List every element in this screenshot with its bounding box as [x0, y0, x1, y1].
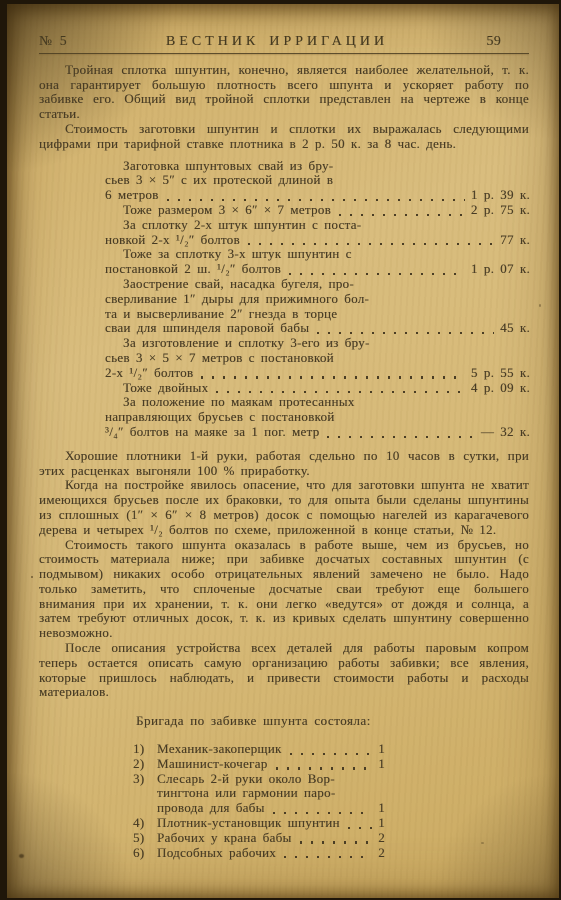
- paragraph: Стоимость заготовки шпунтин и сплотки их…: [39, 122, 529, 152]
- cost-item: Тоже размером 3 × 6″ × 7 метров2 р. 75 к…: [105, 203, 530, 218]
- paragraph: Тройная сплотка шпунтин, конечно, являет…: [39, 63, 529, 122]
- cost-price: — 32 к.: [481, 425, 530, 440]
- brigade-list: 1)Механик-закоперщик12)Машинист-кочегар1…: [133, 742, 385, 860]
- brigade-item-line: Механик-закоперщик: [157, 742, 282, 757]
- brigade-count: 1: [378, 816, 385, 831]
- cost-price: 2 р. 75 к.: [471, 203, 530, 218]
- brigade-item-number: 6): [133, 846, 157, 861]
- brigade-item-number: 4): [133, 816, 157, 831]
- brigade-item-last-line: Механик-закоперщик1: [157, 742, 385, 757]
- paragraph: После описания устройства всех деталей д…: [39, 641, 529, 700]
- dot-leader: [273, 812, 373, 814]
- cost-price: 1 р. 39 к.: [471, 188, 530, 203]
- cost-last-line: ³/₄″ болтов на маяке за 1 пог. метр— 32 …: [105, 425, 530, 440]
- cost-line: сваи для шпинделя паровой бабы: [105, 321, 309, 336]
- cost-price: 5 р. 55 к.: [471, 366, 530, 381]
- brigade-item: 5)Рабочих у крана бабы2: [133, 831, 385, 846]
- cost-last-line: 6 метров1 р. 39 к.: [105, 188, 530, 203]
- cost-line: 2-х ¹/₂″ болтов: [105, 366, 193, 381]
- brigade-item-body: Подсобных рабочих2: [157, 846, 385, 861]
- paper-speck: [19, 854, 24, 858]
- brigade-item-number: 5): [133, 831, 157, 846]
- cost-item: За изготовление и сплотку 3-его из бру-с…: [105, 336, 530, 380]
- cost-line: постановкой 2 ш. ¹/₂″ болтов: [105, 262, 281, 277]
- brigade-item-number: 2): [133, 757, 157, 772]
- brigade-count: 1: [378, 742, 385, 757]
- dot-leader: [327, 436, 474, 438]
- dot-leader: [167, 199, 465, 201]
- cost-line: За сплотку 2-х штук шпунтин с поста-: [105, 218, 530, 233]
- paragraph: Хорошие плотники 1-й руки, работая сдель…: [39, 449, 529, 479]
- article-body: Тройная сплотка шпунтин, конечно, являет…: [39, 63, 529, 861]
- brigade-item-last-line: Плотник-установщик шпунтин1: [157, 816, 385, 831]
- brigade-item-line: Плотник-установщик шпунтин: [157, 816, 340, 831]
- cost-item: Тоже за сплотку 3-х штук шпунтин спостан…: [105, 247, 530, 277]
- cost-line: новкой 2-х ¹/₂″ болтов: [105, 233, 240, 248]
- brigade-item-number: 3): [133, 772, 157, 787]
- brigade-item-line: Подсобных рабочих: [157, 846, 276, 861]
- paragraph: Стоимость такого шпунта оказалась в рабо…: [39, 538, 529, 642]
- dot-leader: [317, 332, 494, 334]
- cost-price: 77 к.: [500, 233, 530, 248]
- cost-line: сьев 3 × 5″ с их протеской длиной в: [105, 173, 530, 188]
- page-header: № 5 ВЕСТНИК ИРРИГАЦИИ 59: [39, 34, 529, 50]
- paper-speck: [539, 304, 541, 307]
- cost-line: сверливание 1″ дыры для прижимного бол-: [105, 292, 530, 307]
- scanned-page: № 5 ВЕСТНИК ИРРИГАЦИИ 59 Тройная сплотка…: [0, 0, 561, 900]
- dot-leader: [248, 243, 494, 245]
- dot-leader: [276, 767, 373, 769]
- page-content: № 5 ВЕСТНИК ИРРИГАЦИИ 59 Тройная сплотка…: [39, 34, 529, 898]
- cost-list: Заготовка шпунтовых свай из бру-сьев 3 ×…: [105, 159, 530, 440]
- brigade-item-line: провода для бабы: [157, 801, 265, 816]
- brigade-item-line: Рабочих у крана бабы: [157, 831, 292, 846]
- cost-line: Тоже за сплотку 3-х штук шпунтин с: [105, 247, 530, 262]
- paper-background: № 5 ВЕСТНИК ИРРИГАЦИИ 59 Тройная сплотка…: [7, 4, 559, 898]
- cost-line: Тоже двойных: [105, 381, 208, 396]
- middle-paragraphs: Хорошие плотники 1-й руки, работая сдель…: [39, 449, 529, 701]
- brigade-count: 2: [378, 846, 385, 861]
- cost-item: За сплотку 2-х штук шпунтин с поста-новк…: [105, 218, 530, 248]
- journal-title: ВЕСТНИК ИРРИГАЦИИ: [166, 35, 388, 50]
- brigade-item-last-line: Машинист-кочегар1: [157, 757, 385, 772]
- intro-paragraphs: Тройная сплотка шпунтин, конечно, являет…: [39, 63, 529, 152]
- cost-line: Заострение свай, насадка бугеля, про-: [105, 277, 530, 292]
- dot-leader: [284, 856, 372, 858]
- page-number: 59: [486, 35, 529, 50]
- cost-line: За положение по маякам протесанных: [105, 395, 530, 410]
- dot-leader: [348, 827, 372, 829]
- cost-item: Тоже двойных4 р. 09 к.: [105, 381, 530, 396]
- brigade-item-last-line: Подсобных рабочих2: [157, 846, 385, 861]
- brigade-item: 1)Механик-закоперщик1: [133, 742, 385, 757]
- dot-leader: [289, 273, 465, 275]
- brigade-item-body: Слесарь 2-й руки около Вор-тингтона или …: [157, 772, 385, 816]
- brigade-count: 2: [378, 831, 385, 846]
- cost-price: 45 к.: [500, 321, 530, 336]
- brigade-item: 6)Подсобных рабочих2: [133, 846, 385, 861]
- brigade-item: 2)Машинист-кочегар1: [133, 757, 385, 772]
- paragraph: Когда на постройке явилось опасение, что…: [39, 478, 529, 537]
- cost-last-line: сваи для шпинделя паровой бабы45 к.: [105, 321, 530, 336]
- brigade-item-body: Плотник-установщик шпунтин1: [157, 816, 385, 831]
- cost-item: За положение по маякам протесанныхнаправ…: [105, 395, 530, 439]
- brigade-item-line: Слесарь 2-й руки около Вор-: [157, 772, 385, 787]
- cost-last-line: Тоже размером 3 × 6″ × 7 метров2 р. 75 к…: [105, 203, 530, 218]
- cost-line: Тоже размером 3 × 6″ × 7 метров: [105, 203, 331, 218]
- brigade-item-last-line: Рабочих у крана бабы2: [157, 831, 385, 846]
- issue-number: № 5: [39, 34, 68, 49]
- brigade-item-body: Рабочих у крана бабы2: [157, 831, 385, 846]
- header-rule: [39, 53, 529, 54]
- cost-line: направляющих брусьев с постановкой: [105, 410, 530, 425]
- brigade-item-line: Машинист-кочегар: [157, 757, 268, 772]
- brigade-heading: Бригада по забивке шпунта состояла:: [136, 714, 529, 729]
- dot-leader: [300, 841, 373, 843]
- cost-price: 4 р. 09 к.: [471, 381, 530, 396]
- cost-line: 6 метров: [105, 188, 159, 203]
- brigade-count: 1: [378, 801, 385, 816]
- cost-line: За изготовление и сплотку 3-его из бру-: [105, 336, 530, 351]
- brigade-item-number: 1): [133, 742, 157, 757]
- brigade-count: 1: [378, 757, 385, 772]
- brigade-item-last-line: провода для бабы1: [157, 801, 385, 816]
- cost-last-line: постановкой 2 ш. ¹/₂″ болтов1 р. 07 к.: [105, 262, 530, 277]
- brigade-item-body: Машинист-кочегар1: [157, 757, 385, 772]
- cost-item: Заготовка шпунтовых свай из бру-сьев 3 ×…: [105, 159, 530, 203]
- brigade-item: 3)Слесарь 2-й руки около Вор-тингтона ил…: [133, 772, 385, 816]
- brigade-item: 4)Плотник-установщик шпунтин1: [133, 816, 385, 831]
- brigade-item-body: Механик-закоперщик1: [157, 742, 385, 757]
- brigade-item-line: тингтона или гармонии паро-: [157, 786, 385, 801]
- cost-line: та и высверливание 2″ гнезда в торце: [105, 307, 530, 322]
- dot-leader: [339, 214, 465, 216]
- cost-price: 1 р. 07 к.: [471, 262, 530, 277]
- dot-leader: [290, 753, 373, 755]
- cost-item: Заострение свай, насадка бугеля, про-све…: [105, 277, 530, 336]
- dot-leader: [216, 391, 465, 393]
- cost-line: сьев 3 × 5 × 7 метров с постановкой: [105, 351, 530, 366]
- cost-line: ³/₄″ болтов на маяке за 1 пог. метр: [105, 425, 319, 440]
- cost-line: Заготовка шпунтовых свай из бру-: [105, 159, 530, 174]
- dot-leader: [201, 376, 465, 378]
- paper-speck: [31, 576, 33, 578]
- cost-last-line: 2-х ¹/₂″ болтов5 р. 55 к.: [105, 366, 530, 381]
- cost-last-line: новкой 2-х ¹/₂″ болтов77 к.: [105, 233, 530, 248]
- cost-last-line: Тоже двойных4 р. 09 к.: [105, 381, 530, 396]
